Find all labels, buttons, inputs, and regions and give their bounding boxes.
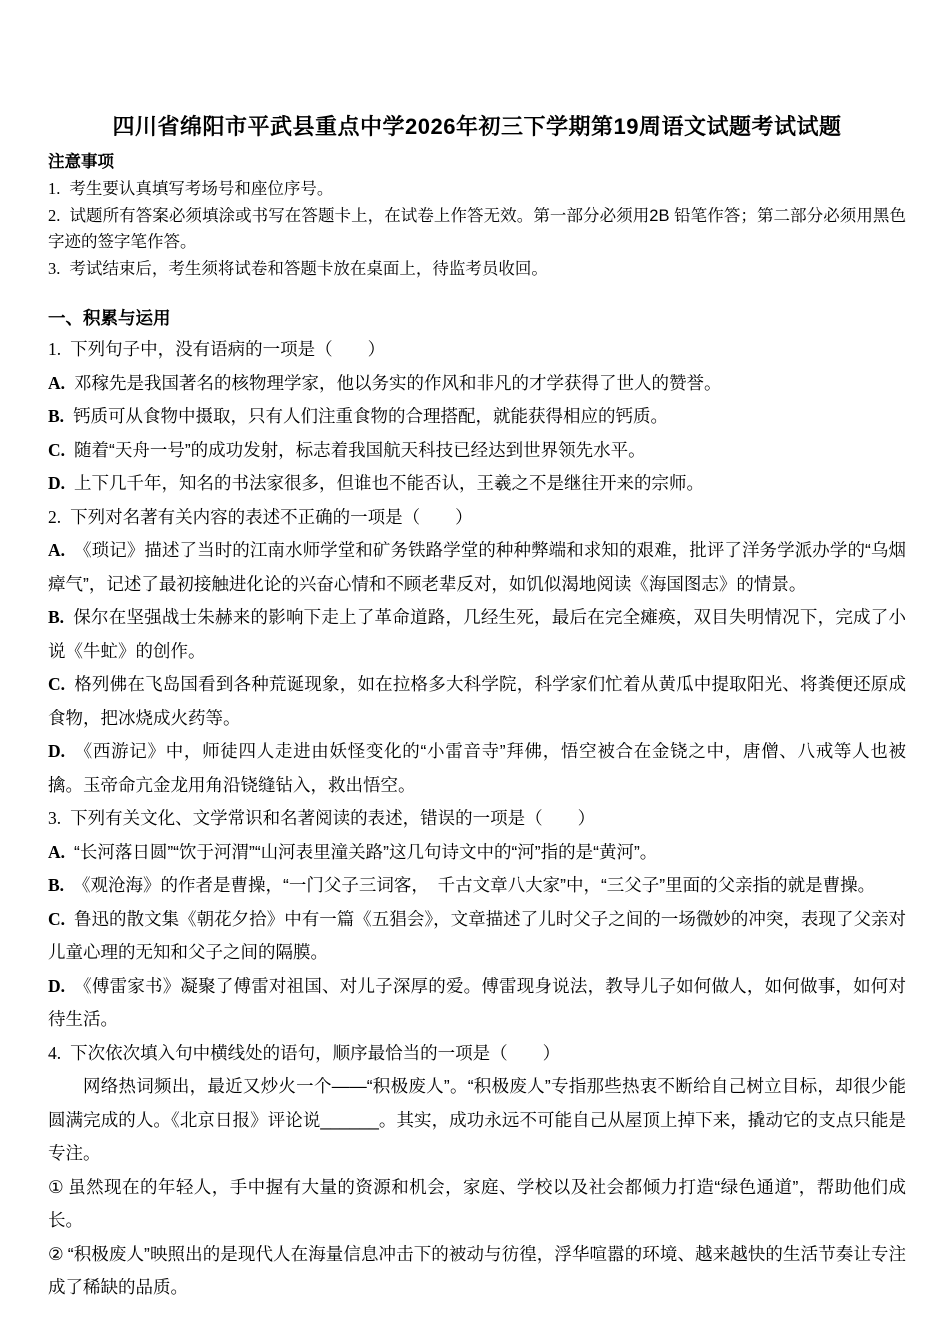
question-3-option-d-label: D.	[48, 976, 65, 996]
notice-item-1-number: 1.	[48, 179, 60, 198]
question-1-stem-text: 下列句子中，没有语病的一项是（ ）	[70, 339, 385, 359]
question-2-stem: 2.下列对名著有关内容的表述不正确的一项是（ ）	[48, 501, 906, 535]
exam-paper-page: 四川省绵阳市平武县重点中学2026年初三下学期第19周语文试题考试试题 注意事项…	[0, 0, 950, 1344]
circled-one-marker: ①	[48, 1177, 64, 1197]
question-1-option-b-label: B.	[48, 406, 64, 426]
question-2-option-a: A.《琐记》描述了当时的江南水师学堂和矿务铁路学堂的种种弊端和求知的艰难，批评了…	[48, 534, 906, 601]
question-1-stem: 1.下列句子中，没有语病的一项是（ ）	[48, 333, 906, 367]
question-4-number: 4.	[48, 1043, 61, 1063]
question-2-option-d: D.《西游记》中，师徒四人走进由妖怪变化的“小雷音寺”拜佛，悟空被合在金铙之中，…	[48, 735, 906, 802]
question-3-option-d: D.《傅雷家书》凝聚了傅雷对祖国、对儿子深厚的爱。傅雷现身说法，教导儿子如何做人…	[48, 970, 906, 1037]
notice-section: 注意事项 1.考生要认真填写考场号和座位序号。 2.试题所有答案必须填涂或书写在…	[48, 149, 906, 282]
question-2-option-b: B.保尔在坚强战士朱赫来的影响下走上了革命道路，几经生死，最后在完全瘫痪，双目失…	[48, 601, 906, 668]
question-2-stem-text: 下列对名著有关内容的表述不正确的一项是（ ）	[70, 507, 473, 527]
question-2-option-c-label: C.	[48, 674, 65, 694]
question-4-sentence-2-text: “积极废人”映照出的是现代人在海量信息冲击下的被动与彷徨，浮华喧嚣的环境、越来越…	[48, 1244, 906, 1298]
question-2-option-b-label: B.	[48, 607, 64, 627]
notice-item-2-number: 2.	[48, 206, 60, 225]
question-1-option-d-label: D.	[48, 473, 65, 493]
question-1-option-b: B.钙质可从食物中摄取，只有人们注重食物的合理搭配，就能获得相应的钙质。	[48, 400, 906, 434]
question-1-option-c: C.随着“天舟一号”的成功发射，标志着我国航天科技已经达到世界领先水平。	[48, 434, 906, 468]
question-4-sentence-1: ①虽然现在的年轻人，手中握有大量的资源和机会，家庭、学校以及社会都倾力打造“绿色…	[48, 1171, 906, 1238]
question-3-option-c: C.鲁迅的散文集《朝花夕拾》中有一篇《五猖会》，文章描述了儿时父子之间的一场微妙…	[48, 903, 906, 970]
question-3-option-c-label: C.	[48, 909, 65, 929]
question-4-sentence-2: ②“积极废人”映照出的是现代人在海量信息冲击下的被动与彷徨，浮华喧嚣的环境、越来…	[48, 1238, 906, 1305]
question-1-option-a: A.邓稼先是我国著名的核物理学家，他以务实的作风和非凡的才学获得了世人的赞誉。	[48, 367, 906, 401]
notice-item-2-text: 试题所有答案必须填涂或书写在答题卡上，在试卷上作答无效。第一部分必须用2B 铅笔…	[48, 207, 906, 252]
question-2: 2.下列对名著有关内容的表述不正确的一项是（ ） A.《琐记》描述了当时的江南水…	[48, 501, 906, 803]
question-4-stem: 4.下次依次填入句中横线处的语句，顺序最恰当的一项是（ ）	[48, 1037, 906, 1071]
question-3: 3.下列有关文化、文学常识和名著阅读的表述，错误的一项是（ ） A.“长河落日圆…	[48, 802, 906, 1037]
question-2-option-d-label: D.	[48, 741, 65, 761]
question-2-option-b-text: 保尔在坚强战士朱赫来的影响下走上了革命道路，几经生死，最后在完全瘫痪，双目失明情…	[48, 607, 906, 661]
section-heading-accumulation: 一、积累与运用	[48, 303, 906, 333]
question-1-option-c-label: C.	[48, 440, 65, 460]
question-4-passage: 网络热词频出，最近又炒火一个——“积极废人”。“积极废人”专指那些热衷不断给自己…	[48, 1070, 906, 1171]
question-3-option-b: B.《观沧海》的作者是曹操，“一门父子三词客， 千古文章八大家”中，“三父子”里…	[48, 869, 906, 903]
question-1-option-b-text: 钙质可从食物中摄取，只有人们注重食物的合理搭配，就能获得相应的钙质。	[73, 406, 668, 426]
question-3-number: 3.	[48, 808, 61, 828]
question-1-option-d: D.上下几千年，知名的书法家很多，但谁也不能否认，王羲之不是继往开来的宗师。	[48, 467, 906, 501]
question-4-stem-text: 下次依次填入句中横线处的语句，顺序最恰当的一项是（ ）	[70, 1043, 560, 1063]
notice-item-3-text: 考试结束后，考生须将试卷和答题卡放在桌面上，待监考员收回。	[69, 260, 548, 278]
question-1-option-d-text: 上下几千年，知名的书法家很多，但谁也不能否认，王羲之不是继往开来的宗师。	[74, 473, 704, 493]
question-3-stem-text: 下列有关文化、文学常识和名著阅读的表述，错误的一项是（ ）	[70, 808, 595, 828]
question-1-number: 1.	[48, 339, 61, 359]
question-3-option-d-text: 《傅雷家书》凝聚了傅雷对祖国、对儿子深厚的爱。傅雷现身说法，教导儿子如何做人，如…	[48, 976, 906, 1030]
notice-item-1-text: 考生要认真填写考场号和座位序号。	[69, 180, 333, 198]
question-4: 4.下次依次填入句中横线处的语句，顺序最恰当的一项是（ ） 网络热词频出，最近又…	[48, 1037, 906, 1305]
notice-item-1: 1.考生要认真填写考场号和座位序号。	[48, 176, 906, 203]
question-1-option-a-label: A.	[48, 373, 65, 393]
question-1-option-c-text: 随着“天舟一号”的成功发射，标志着我国航天科技已经达到世界领先水平。	[74, 440, 646, 460]
paper-title: 四川省绵阳市平武县重点中学2026年初三下学期第19周语文试题考试试题	[48, 112, 906, 142]
notice-item-3-number: 3.	[48, 259, 60, 278]
question-2-number: 2.	[48, 507, 61, 527]
question-1: 1.下列句子中，没有语病的一项是（ ） A.邓稼先是我国著名的核物理学家，他以务…	[48, 333, 906, 501]
question-3-option-c-text: 鲁迅的散文集《朝花夕拾》中有一篇《五猖会》，文章描述了儿时父子之间的一场微妙的冲…	[48, 909, 906, 963]
circled-two-marker: ②	[48, 1244, 64, 1264]
notice-item-3: 3.考试结束后，考生须将试卷和答题卡放在桌面上，待监考员收回。	[48, 256, 906, 283]
question-2-option-d-text: 《西游记》中，师徒四人走进由妖怪变化的“小雷音寺”拜佛，悟空被合在金铙之中，唐僧…	[48, 741, 906, 795]
question-2-option-a-text: 《琐记》描述了当时的江南水师学堂和矿务铁路学堂的种种弊端和求知的艰难，批评了洋务…	[48, 540, 906, 594]
question-3-option-a-text: “长河落日圆”“饮于河渭”“山河表里潼关路”这几句诗文中的“河”指的是“黄河”。	[74, 842, 657, 862]
question-1-option-a-text: 邓稼先是我国著名的核物理学家，他以务实的作风和非凡的才学获得了世人的赞誉。	[74, 373, 722, 393]
question-3-stem: 3.下列有关文化、文学常识和名著阅读的表述，错误的一项是（ ）	[48, 802, 906, 836]
question-2-option-c-text: 格列佛在飞岛国看到各种荒诞现象，如在拉格多大科学院，科学家们忙着从黄瓜中提取阳光…	[48, 674, 906, 728]
question-3-option-a-label: A.	[48, 842, 65, 862]
question-3-option-a: A.“长河落日圆”“饮于河渭”“山河表里潼关路”这几句诗文中的“河”指的是“黄河…	[48, 836, 906, 870]
question-2-option-a-label: A.	[48, 540, 65, 560]
notice-heading: 注意事项	[48, 149, 906, 176]
question-3-option-b-text: 《观沧海》的作者是曹操，“一门父子三词客， 千古文章八大家”中，“三父子”里面的…	[73, 875, 875, 895]
question-2-option-c: C.格列佛在飞岛国看到各种荒诞现象，如在拉格多大科学院，科学家们忙着从黄瓜中提取…	[48, 668, 906, 735]
question-3-option-b-label: B.	[48, 875, 64, 895]
notice-item-2: 2.试题所有答案必须填涂或书写在答题卡上，在试卷上作答无效。第一部分必须用2B …	[48, 203, 906, 256]
question-4-sentence-1-text: 虽然现在的年轻人，手中握有大量的资源和机会，家庭、学校以及社会都倾力打造“绿色通…	[48, 1177, 906, 1231]
